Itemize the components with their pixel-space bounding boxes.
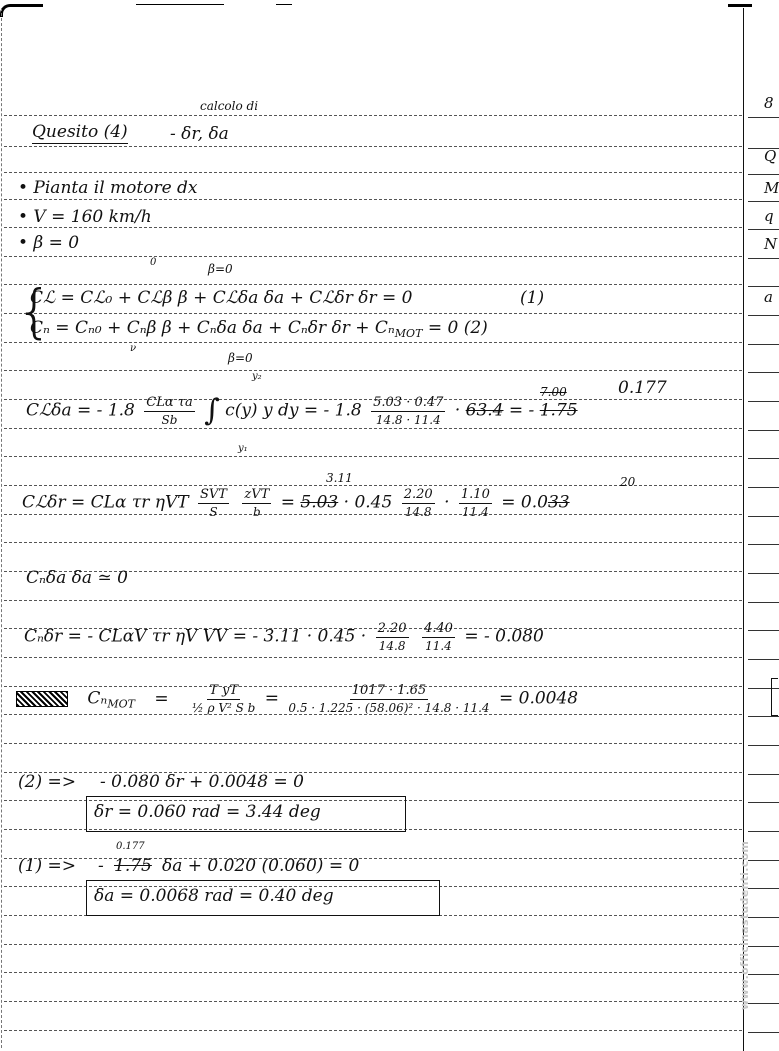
fraction: CLα τaSb [144, 396, 194, 426]
lhs: Cℒδa [26, 401, 72, 421]
equation-label: (1) [520, 290, 544, 307]
subscript: MOT [107, 698, 135, 711]
ruled-line [748, 917, 779, 918]
formula-cn-mot: CₙMOT = T yT½ ρ V² S b = 1017 · 1.650.5 … [16, 684, 578, 714]
lhs: Cₙδr [24, 627, 62, 647]
corrected-value: 3.11 [326, 472, 353, 484]
ruled-line [748, 315, 779, 316]
delta-r-result: δr = 0.060 rad = 3.44 deg [94, 804, 321, 821]
result-sign: = - [509, 401, 534, 421]
rhs-symbolic: = - CLαV τr ηV VV [68, 627, 228, 647]
ruled-line [4, 342, 742, 343]
page-corner-top-left [0, 4, 43, 17]
equation-label: (2) [464, 318, 488, 338]
ruled-line [748, 258, 779, 259]
result: = - 0.080 [464, 627, 543, 647]
ruled-line [4, 370, 742, 371]
top-edge-rule [136, 4, 224, 5]
ruled-line [748, 229, 779, 230]
ruled-line [4, 146, 742, 147]
ruled-line [748, 117, 779, 118]
ruled-line [748, 774, 779, 775]
adjacent-page-text: a [764, 288, 773, 306]
fraction: 4.4011.4 [422, 622, 455, 652]
adjacent-page-bracket [771, 678, 778, 716]
adjacent-page-text: Q [764, 147, 776, 165]
formula-cl-delta-a: Cℒδa = - 1.8 CLα τaSb ∫ c(y) y dy = - 1.… [26, 396, 578, 426]
equation-yaw: Cₙ = Cₙ₀ + Cₙβ β + Cₙδa δa + Cₙδr δr + C… [30, 320, 488, 339]
ruled-line [748, 974, 779, 975]
ruled-line [748, 401, 779, 402]
ruled-line [748, 802, 779, 803]
adjacent-page-text: q [764, 207, 774, 225]
page-title: Quesito (4) [32, 124, 128, 141]
annotation-beta: β=0 [228, 352, 253, 364]
ruled-line [748, 487, 779, 488]
formula-cn-delta-a: Cₙδa δa ≃ 0 [26, 570, 128, 587]
ruled-line [4, 172, 742, 173]
ruled-line [748, 430, 779, 431]
fraction: 2.2014.8 [402, 488, 435, 518]
ruled-line [748, 372, 779, 373]
ruled-line [748, 946, 779, 947]
scribbled-out-box [16, 691, 68, 707]
ruled-line [748, 745, 779, 746]
ruled-line [4, 1001, 742, 1002]
solution-equation: - 0.080 δr + 0.0048 = 0 [100, 774, 304, 791]
fraction: zVTb [242, 488, 271, 518]
condition-item: • V = 160 km/h [18, 209, 152, 226]
annotation-beta: β=0 [208, 263, 233, 275]
lhs: Cℒδr [22, 493, 66, 513]
adjacent-page-text: M [764, 179, 779, 197]
fraction: SVTS [198, 488, 229, 518]
coefficient: = - 1.8 [304, 401, 362, 421]
ruled-line [4, 743, 742, 744]
struck-result: 1.75 [540, 401, 578, 421]
numeric: = - 3.11 · 0.45 · [233, 627, 367, 647]
ruled-line [748, 1032, 779, 1033]
heading-subtitle: - δr, δa [170, 126, 229, 143]
struck-annotation: 7.00 [540, 386, 567, 398]
ruled-line [4, 542, 742, 543]
ruled-line [748, 344, 779, 345]
ruled-line [748, 573, 779, 574]
heading-subtitle-above: calcolo di [200, 100, 258, 112]
ruled-line [748, 458, 779, 459]
notebook-page: 8 Q M q N a calcolo di Quesito (4) - δr,… [0, 0, 779, 1051]
ruled-line [748, 888, 779, 889]
fraction: 1.1011.4 [459, 488, 492, 518]
struck-value: 63.4 [466, 401, 504, 421]
ruled-line [748, 860, 779, 861]
corrected-result: 20 [620, 476, 635, 488]
rhs-symbolic: = CLα τr ηVT [71, 493, 189, 513]
ruled-line [4, 256, 742, 257]
ruled-line [4, 313, 742, 314]
title-text: Quesito (4) [32, 122, 128, 144]
result: = 0.0 [501, 493, 548, 513]
adjacent-page-text: N [764, 235, 777, 253]
fraction: T yT½ ρ V² S b [192, 684, 255, 714]
ruled-line [4, 657, 742, 658]
ruled-line [748, 630, 779, 631]
coefficient: = - 1.8 [77, 401, 135, 421]
subscript: MOT [395, 327, 423, 340]
integral-lower-limit: y₁ [238, 444, 248, 454]
solution-equation: δa + 0.020 (0.060) = 0 [162, 858, 359, 875]
ruled-line [748, 516, 779, 517]
ruled-line [748, 201, 779, 202]
formula-cn-delta-r: Cₙδr = - CLαV τr ηV VV = - 3.11 · 0.45 ·… [24, 622, 544, 652]
corrected-result: 0.177 [618, 380, 667, 397]
factor: · 0.45 [344, 493, 393, 513]
integral-upper-limit: y₂ [252, 372, 262, 382]
ruled-line [4, 199, 742, 200]
ruled-line [748, 1003, 779, 1004]
watermark: www.officinastudenti.com [738, 841, 751, 1010]
corrected-coefficient: 0.177 [116, 842, 145, 852]
struck-coefficient: 1.75 [114, 858, 152, 875]
ruled-line [4, 600, 742, 601]
integral-sign: ∫ [204, 393, 220, 428]
minus-sign: - [98, 858, 104, 875]
ruled-line [748, 286, 779, 287]
annotation-zero: 0 [150, 258, 156, 268]
ruled-line [748, 544, 779, 545]
equation-yaw-body: Cₙ = Cₙ₀ + Cₙβ β + Cₙδa δa + Cₙδr δr + C… [30, 318, 395, 338]
condition-item: • β = 0 [18, 235, 79, 252]
struck-value: 5.03 [300, 493, 338, 513]
integrand: c(y) y dy [225, 401, 298, 421]
fraction: 2.2014.8 [376, 622, 409, 652]
fraction: 1017 · 1.650.5 · 1.225 · (58.06)² · 14.8… [288, 684, 489, 714]
condition-item: • Pianta il motore dx [18, 180, 198, 197]
left-page-edge [1, 8, 2, 1048]
fraction: 5.03 · 0.4714.8 · 11.4 [371, 396, 445, 426]
struck-result: 33 [548, 493, 570, 513]
ruled-line [748, 174, 779, 175]
adjacent-page-text: 8 [764, 94, 774, 112]
ruled-line [748, 659, 779, 660]
ruled-line [4, 284, 742, 285]
formula-cl-delta-r: Cℒδr = CLα τr ηVT SVTS zVTb = 5.03 · 0.4… [22, 488, 570, 518]
ruled-line [748, 716, 779, 717]
result: = 0.0048 [499, 689, 578, 709]
ruled-line [4, 972, 742, 973]
ruled-line [4, 456, 742, 457]
ruled-line [4, 115, 742, 116]
page-corner-top-right [728, 4, 752, 11]
top-edge-rule [276, 4, 292, 5]
equation-roll: Cℒ = Cℒ₀ + Cℒβ β + Cℒδa δa + Cℒδr δr = 0 [30, 290, 412, 307]
ruled-line [748, 602, 779, 603]
ruled-line [4, 944, 742, 945]
solution-ref: (2) => [18, 774, 76, 791]
delta-a-result: δa = 0.0068 rad = 0.40 deg [94, 888, 334, 905]
annotation-nu: ν [130, 344, 136, 354]
equation-yaw-tail: = 0 [428, 318, 458, 338]
solution-ref: (1) => [18, 858, 76, 875]
ruled-line [4, 428, 742, 429]
lhs: Cₙ [87, 689, 107, 709]
ruled-line [748, 831, 779, 832]
ruled-line [4, 227, 742, 228]
ruled-line [4, 1030, 742, 1031]
